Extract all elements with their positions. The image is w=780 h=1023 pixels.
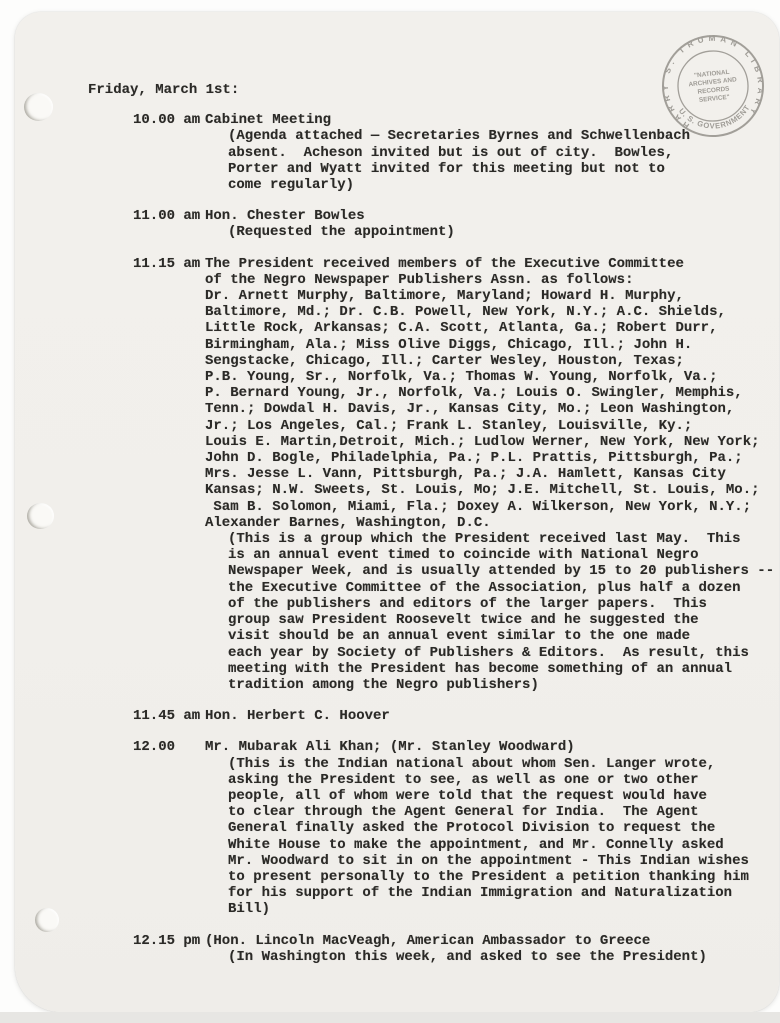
entry-time: 12.00 <box>133 739 205 917</box>
schedule-entry: 11.45 amHon. Herbert C. Hoover <box>133 708 779 724</box>
entry-note: (In Washington this week, and asked to s… <box>228 949 779 965</box>
entry-time: 11.15 am <box>133 256 205 693</box>
entry-time: 10.00 am <box>133 112 205 193</box>
archives-stamp-icon: HARRY S. TRUMAN LIBRARY U. S. GOVERNMENT… <box>651 24 775 148</box>
entry-text: The President received members of the Ex… <box>205 256 779 531</box>
entry-content: The President received members of the Ex… <box>205 256 779 693</box>
entry-note: (This is the Indian national about whom … <box>228 756 779 918</box>
punch-hole-top <box>24 93 53 121</box>
scanner-background-band <box>0 1012 780 1023</box>
punch-hole-bottom <box>35 908 59 932</box>
entry-text: Hon. Chester Bowles <box>205 208 779 224</box>
stamp-center-line-4: SERVICE" <box>699 94 731 104</box>
schedule-entry: 11.15 amThe President received members o… <box>133 256 779 693</box>
schedule-entry: 12.00Mr. Mubarak Ali Khan; (Mr. Stanley … <box>133 739 779 917</box>
typewritten-content: Friday, March 1st: 10.00 amCabinet Meeti… <box>15 12 779 1012</box>
entry-content: (Hon. Lincoln MacVeagh, American Ambassa… <box>205 933 779 965</box>
entry-note: (This is a group which the President rec… <box>228 531 779 693</box>
entry-content: Hon. Herbert C. Hoover <box>205 708 779 724</box>
entry-content: Hon. Chester Bowles(Requested the appoin… <box>205 208 779 240</box>
document-page: Friday, March 1st: 10.00 amCabinet Meeti… <box>15 12 779 1012</box>
schedule-list: 10.00 amCabinet Meeting(Agenda attached … <box>88 112 779 965</box>
entry-text: (Hon. Lincoln MacVeagh, American Ambassa… <box>205 933 779 949</box>
entry-content: Mr. Mubarak Ali Khan; (Mr. Stanley Woodw… <box>205 739 779 917</box>
entry-text: Mr. Mubarak Ali Khan; (Mr. Stanley Woodw… <box>205 739 779 755</box>
entry-time: 12.15 pm <box>133 933 205 965</box>
entry-time: 11.00 am <box>133 208 205 240</box>
entry-note: (Requested the appointment) <box>228 224 779 240</box>
schedule-entry: 11.00 amHon. Chester Bowles(Requested th… <box>133 208 779 240</box>
entry-text: Hon. Herbert C. Hoover <box>205 708 779 724</box>
schedule-entry: 12.15 pm(Hon. Lincoln MacVeagh, American… <box>133 933 779 965</box>
entry-time: 11.45 am <box>133 708 205 724</box>
punch-hole-middle <box>27 503 54 529</box>
